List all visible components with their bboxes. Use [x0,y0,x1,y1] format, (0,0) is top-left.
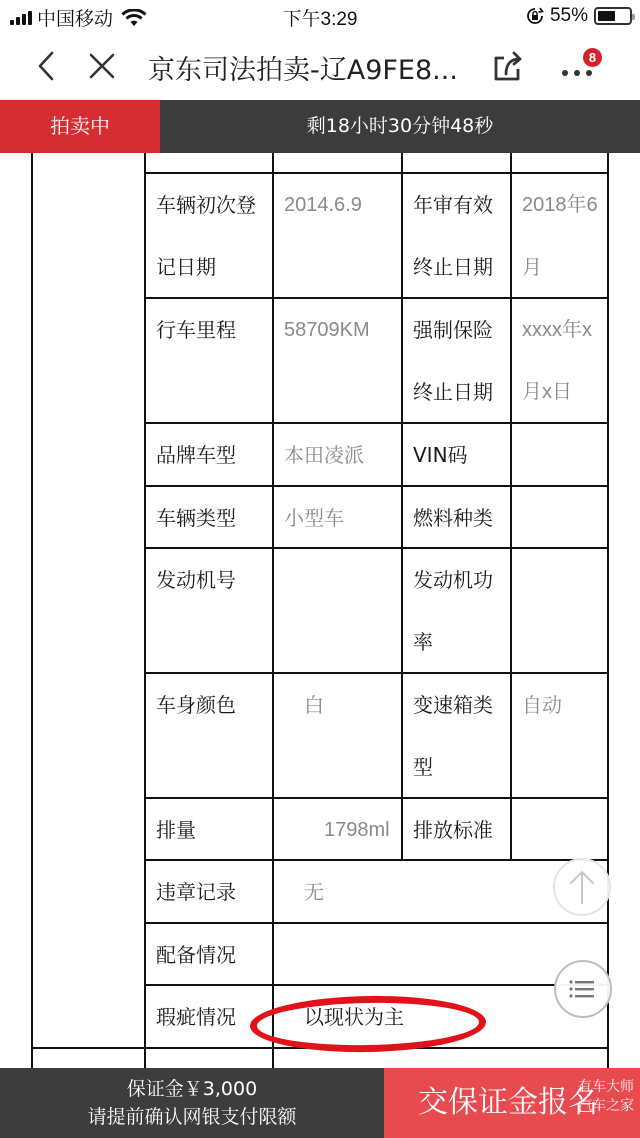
value-inspection-expiry: 2018年6 [512,174,598,236]
value-insurance-expiry: xxxx年x [512,299,592,361]
more-dots-icon [562,70,592,76]
label-vin: VIN码 [403,424,468,486]
value-insurance-expiry-cont: 月x日 [512,361,572,423]
auction-bar: 拍卖中 剩18小时30分钟48秒 [0,100,640,153]
share-icon[interactable] [490,48,526,84]
table-border-col2 [272,153,274,1068]
label-vehicle-type: 车辆类型 [146,487,236,549]
label-transmission-cont: 型 [403,736,433,798]
label-brand-model: 品牌车型 [146,424,236,486]
label-defects: 瑕疵情况 [146,986,236,1048]
deposit-amount: 保证金￥3,000 [0,1076,384,1102]
value-transmission: 自动 [512,674,562,736]
menu-button[interactable] [554,960,612,1018]
table-border-outer-left [31,153,33,1068]
status-right: 55% [526,5,632,27]
label-fuel-type: 燃料种类 [403,487,493,549]
label-insurance-expiry: 强制保险 [403,299,493,361]
watermark-line2: 汽车之家 [578,1097,634,1116]
auction-status-badge: 拍卖中 [0,100,160,153]
list-icon [556,962,610,1016]
value-violations: 无 [294,861,324,923]
label-mileage: 行车里程 [146,299,236,361]
label-insurance-expiry-cont: 终止日期 [403,361,493,423]
vehicle-info-table: 车辆初次登 记日期 2014.6.9 年审有效 终止日期 2018年6 月 行车… [0,153,640,1068]
label-emission-standard: 排放标准 [403,799,493,861]
label-inspection-expiry: 年审有效 [403,174,493,236]
label-displacement: 排量 [146,799,196,861]
scroll-top-button[interactable] [553,858,611,916]
arrow-up-icon [555,860,609,914]
page-title: 京东司法拍卖-辽A9FE8... [148,48,458,87]
battery-icon [594,7,632,25]
rotation-lock-icon [526,7,544,25]
value-inspection-expiry-cont: 月 [512,236,542,298]
nav-bar: 京东司法拍卖-辽A9FE8... 8 [0,34,640,100]
close-icon[interactable] [86,50,118,82]
value-vehicle-type: 小型车 [274,487,344,549]
value-mileage: 58709KM [274,299,370,361]
label-engine-number: 发动机号 [146,549,236,611]
pay-deposit-register-button[interactable]: 交保证金报名 有车大师 汽车之家 [384,1068,640,1138]
watermark: 有车大师 汽车之家 [578,1078,634,1116]
more-button[interactable]: 8 [556,48,606,88]
battery-percent: 55% [550,5,588,27]
value-displacement: 1798ml [314,799,390,861]
chevron-left-icon[interactable] [30,48,64,84]
watermark-line1: 有车大师 [578,1078,634,1097]
label-engine-power-cont: 率 [403,611,433,673]
label-inspection-expiry-cont: 终止日期 [403,236,493,298]
deposit-note: 请提前确认网银支付限额 [0,1102,384,1132]
red-circle-annotation [250,994,487,1054]
label-engine-power: 发动机功 [403,549,493,611]
auction-countdown: 剩18小时30分钟48秒 [160,100,640,153]
table-border-right [607,153,609,1068]
label-transmission: 变速箱类 [403,674,493,736]
bottom-action-bar: 保证金￥3,000 请提前确认网银支付限额 交保证金报名 有车大师 汽车之家 [0,1068,640,1138]
status-bar: 中国移动 下午3:29 55% [0,0,640,34]
notification-badge: 8 [583,48,602,67]
deposit-info: 保证金￥3,000 请提前确认网银支付限额 [0,1068,384,1138]
pay-button-label: 交保证金报名 [418,1085,598,1120]
label-equipment: 配备情况 [146,924,236,986]
label-body-color: 车身颜色 [146,674,236,736]
value-first-registration: 2014.6.9 [274,174,362,236]
value-body-color: 白 [294,674,324,736]
label-violations: 违章记录 [146,861,236,923]
label-first-registration-cont: 记日期 [146,236,216,298]
label-first-registration: 车辆初次登 [146,174,256,236]
value-brand-model: 本田凌派 [274,424,364,486]
